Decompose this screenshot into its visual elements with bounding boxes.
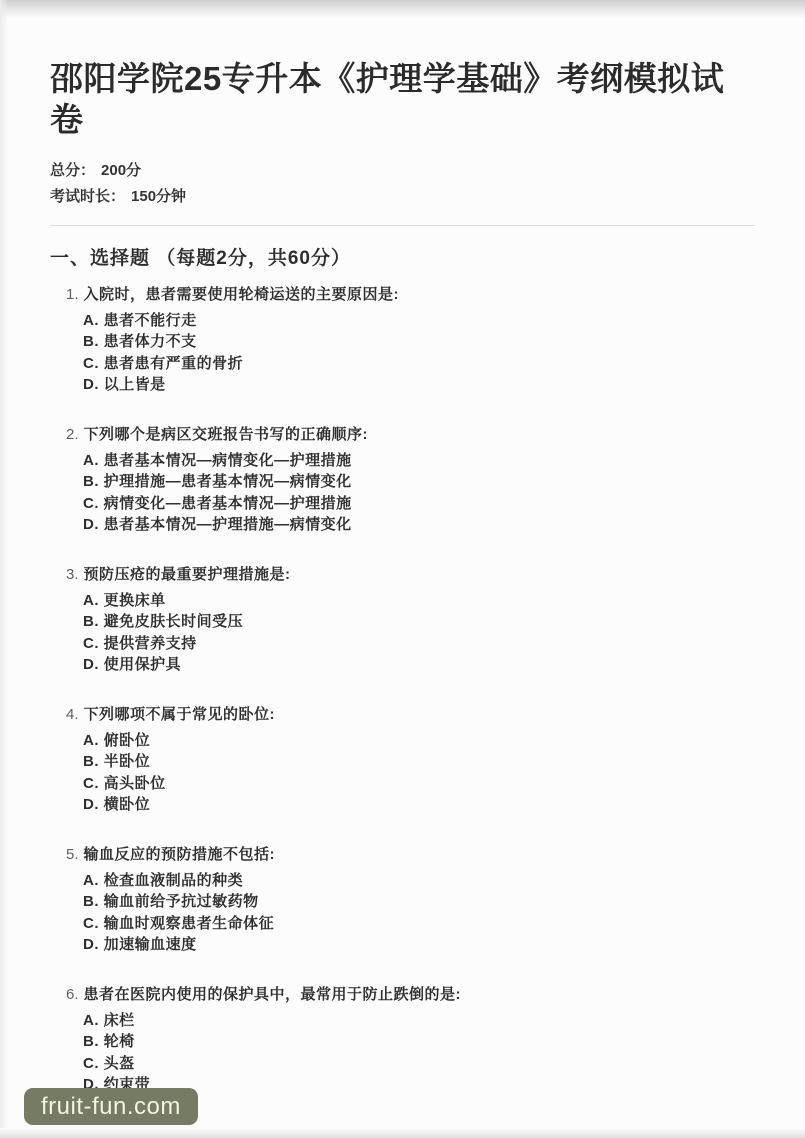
duration-value: 150分钟 — [131, 188, 186, 205]
section-divider — [50, 225, 755, 226]
question-number: 4. — [66, 706, 79, 723]
total-score-value: 200分 — [101, 162, 141, 179]
question-number: 2. — [66, 426, 79, 443]
question-1: 1.入院时，患者需要使用轮椅运送的主要原因是: A. 患者不能行走 B. 患者体… — [66, 284, 755, 396]
question-stem: 下列哪个是病区交班报告书写的正确顺序: — [84, 426, 369, 443]
question-stem-row: 3.预防压疮的最重要护理措施是: — [66, 564, 755, 586]
question-1-option-b: B. 患者体力不支 — [83, 331, 755, 353]
question-5-option-c: C. 输血时观察患者生命体征 — [83, 913, 755, 935]
question-5-option-b: B. 输血前给予抗过敏药物 — [83, 891, 755, 913]
question-3-option-b: B. 避免皮肤长时间受压 — [83, 611, 755, 633]
question-5: 5.输血反应的预防措施不包括: A. 检查血液制品的种类 B. 输血前给予抗过敏… — [66, 844, 755, 956]
question-number: 5. — [66, 846, 79, 863]
question-2-option-a: A. 患者基本情况—病情变化—护理措施 — [83, 450, 755, 472]
exam-meta: 总分：200分 考试时长：150分钟 — [50, 158, 755, 210]
question-4-option-c: C. 高头卧位 — [83, 773, 755, 795]
question-number: 3. — [66, 566, 79, 583]
duration-line: 考试时长：150分钟 — [50, 184, 755, 210]
question-stem: 患者在医院内使用的保护具中，最常用于防止跌倒的是: — [84, 986, 462, 1003]
question-1-option-a: A. 患者不能行走 — [83, 310, 755, 332]
question-6-option-a: A. 床栏 — [83, 1010, 755, 1032]
question-4-option-b: B. 半卧位 — [83, 751, 755, 773]
question-stem-row: 2.下列哪个是病区交班报告书写的正确顺序: — [66, 424, 755, 446]
duration-label: 考试时长： — [50, 188, 125, 205]
question-4-option-d: D. 横卧位 — [83, 794, 755, 816]
question-2-option-b: B. 护理措施—患者基本情况—病情变化 — [83, 471, 755, 493]
section-heading: 一、选择题 （每题2分，共60分） — [50, 243, 755, 270]
question-4-option-a: A. 俯卧位 — [83, 730, 755, 752]
question-stem-row: 6.患者在医院内使用的保护具中，最常用于防止跌倒的是: — [66, 984, 755, 1006]
exam-content: 邵阳学院25专升本《护理学基础》考纲模拟试卷 总分：200分 考试时长：150分… — [0, 0, 805, 1096]
question-3-option-d: D. 使用保护具 — [83, 654, 755, 676]
question-6-option-b: B. 轮椅 — [83, 1031, 755, 1053]
question-5-option-a: A. 检查血液制品的种类 — [83, 870, 755, 892]
question-stem: 入院时，患者需要使用轮椅运送的主要原因是: — [84, 286, 400, 303]
question-6-option-c: C. 头盔 — [83, 1053, 755, 1075]
question-5-option-d: D. 加速输血速度 — [83, 934, 755, 956]
question-4: 4.下列哪项不属于常见的卧位: A. 俯卧位 B. 半卧位 C. 高头卧位 D.… — [66, 704, 755, 816]
question-2: 2.下列哪个是病区交班报告书写的正确顺序: A. 患者基本情况—病情变化—护理措… — [66, 424, 755, 536]
question-number: 6. — [66, 986, 79, 1003]
photo-edge-bottom — [0, 1128, 805, 1138]
total-score-label: 总分： — [50, 162, 95, 179]
question-3-option-a: A. 更换床单 — [83, 590, 755, 612]
question-3-option-c: C. 提供营养支持 — [83, 633, 755, 655]
question-stem-row: 5.输血反应的预防措施不包括: — [66, 844, 755, 866]
question-stem-row: 4.下列哪项不属于常见的卧位: — [66, 704, 755, 726]
question-6: 6.患者在医院内使用的保护具中，最常用于防止跌倒的是: A. 床栏 B. 轮椅 … — [66, 984, 755, 1096]
question-list: 1.入院时，患者需要使用轮椅运送的主要原因是: A. 患者不能行走 B. 患者体… — [66, 284, 755, 1096]
question-2-option-d: D. 患者基本情况—护理措施—病情变化 — [83, 514, 755, 536]
question-1-option-d: D. 以上皆是 — [83, 374, 755, 396]
question-stem: 下列哪项不属于常见的卧位: — [84, 706, 276, 723]
question-stem: 预防压疮的最重要护理措施是: — [84, 566, 291, 583]
watermark-badge: fruit-fun.com — [24, 1088, 198, 1125]
page-title: 邵阳学院25专升本《护理学基础》考纲模拟试卷 — [50, 58, 755, 141]
question-stem-row: 1.入院时，患者需要使用轮椅运送的主要原因是: — [66, 284, 755, 306]
question-number: 1. — [66, 286, 79, 303]
question-1-option-c: C. 患者患有严重的骨折 — [83, 353, 755, 375]
question-stem: 输血反应的预防措施不包括: — [84, 846, 276, 863]
total-score-line: 总分：200分 — [50, 158, 755, 184]
question-2-option-c: C. 病情变化—患者基本情况—护理措施 — [83, 493, 755, 515]
exam-paper-page: 邵阳学院25专升本《护理学基础》考纲模拟试卷 总分：200分 考试时长：150分… — [0, 0, 805, 1138]
question-3: 3.预防压疮的最重要护理措施是: A. 更换床单 B. 避免皮肤长时间受压 C.… — [66, 564, 755, 676]
